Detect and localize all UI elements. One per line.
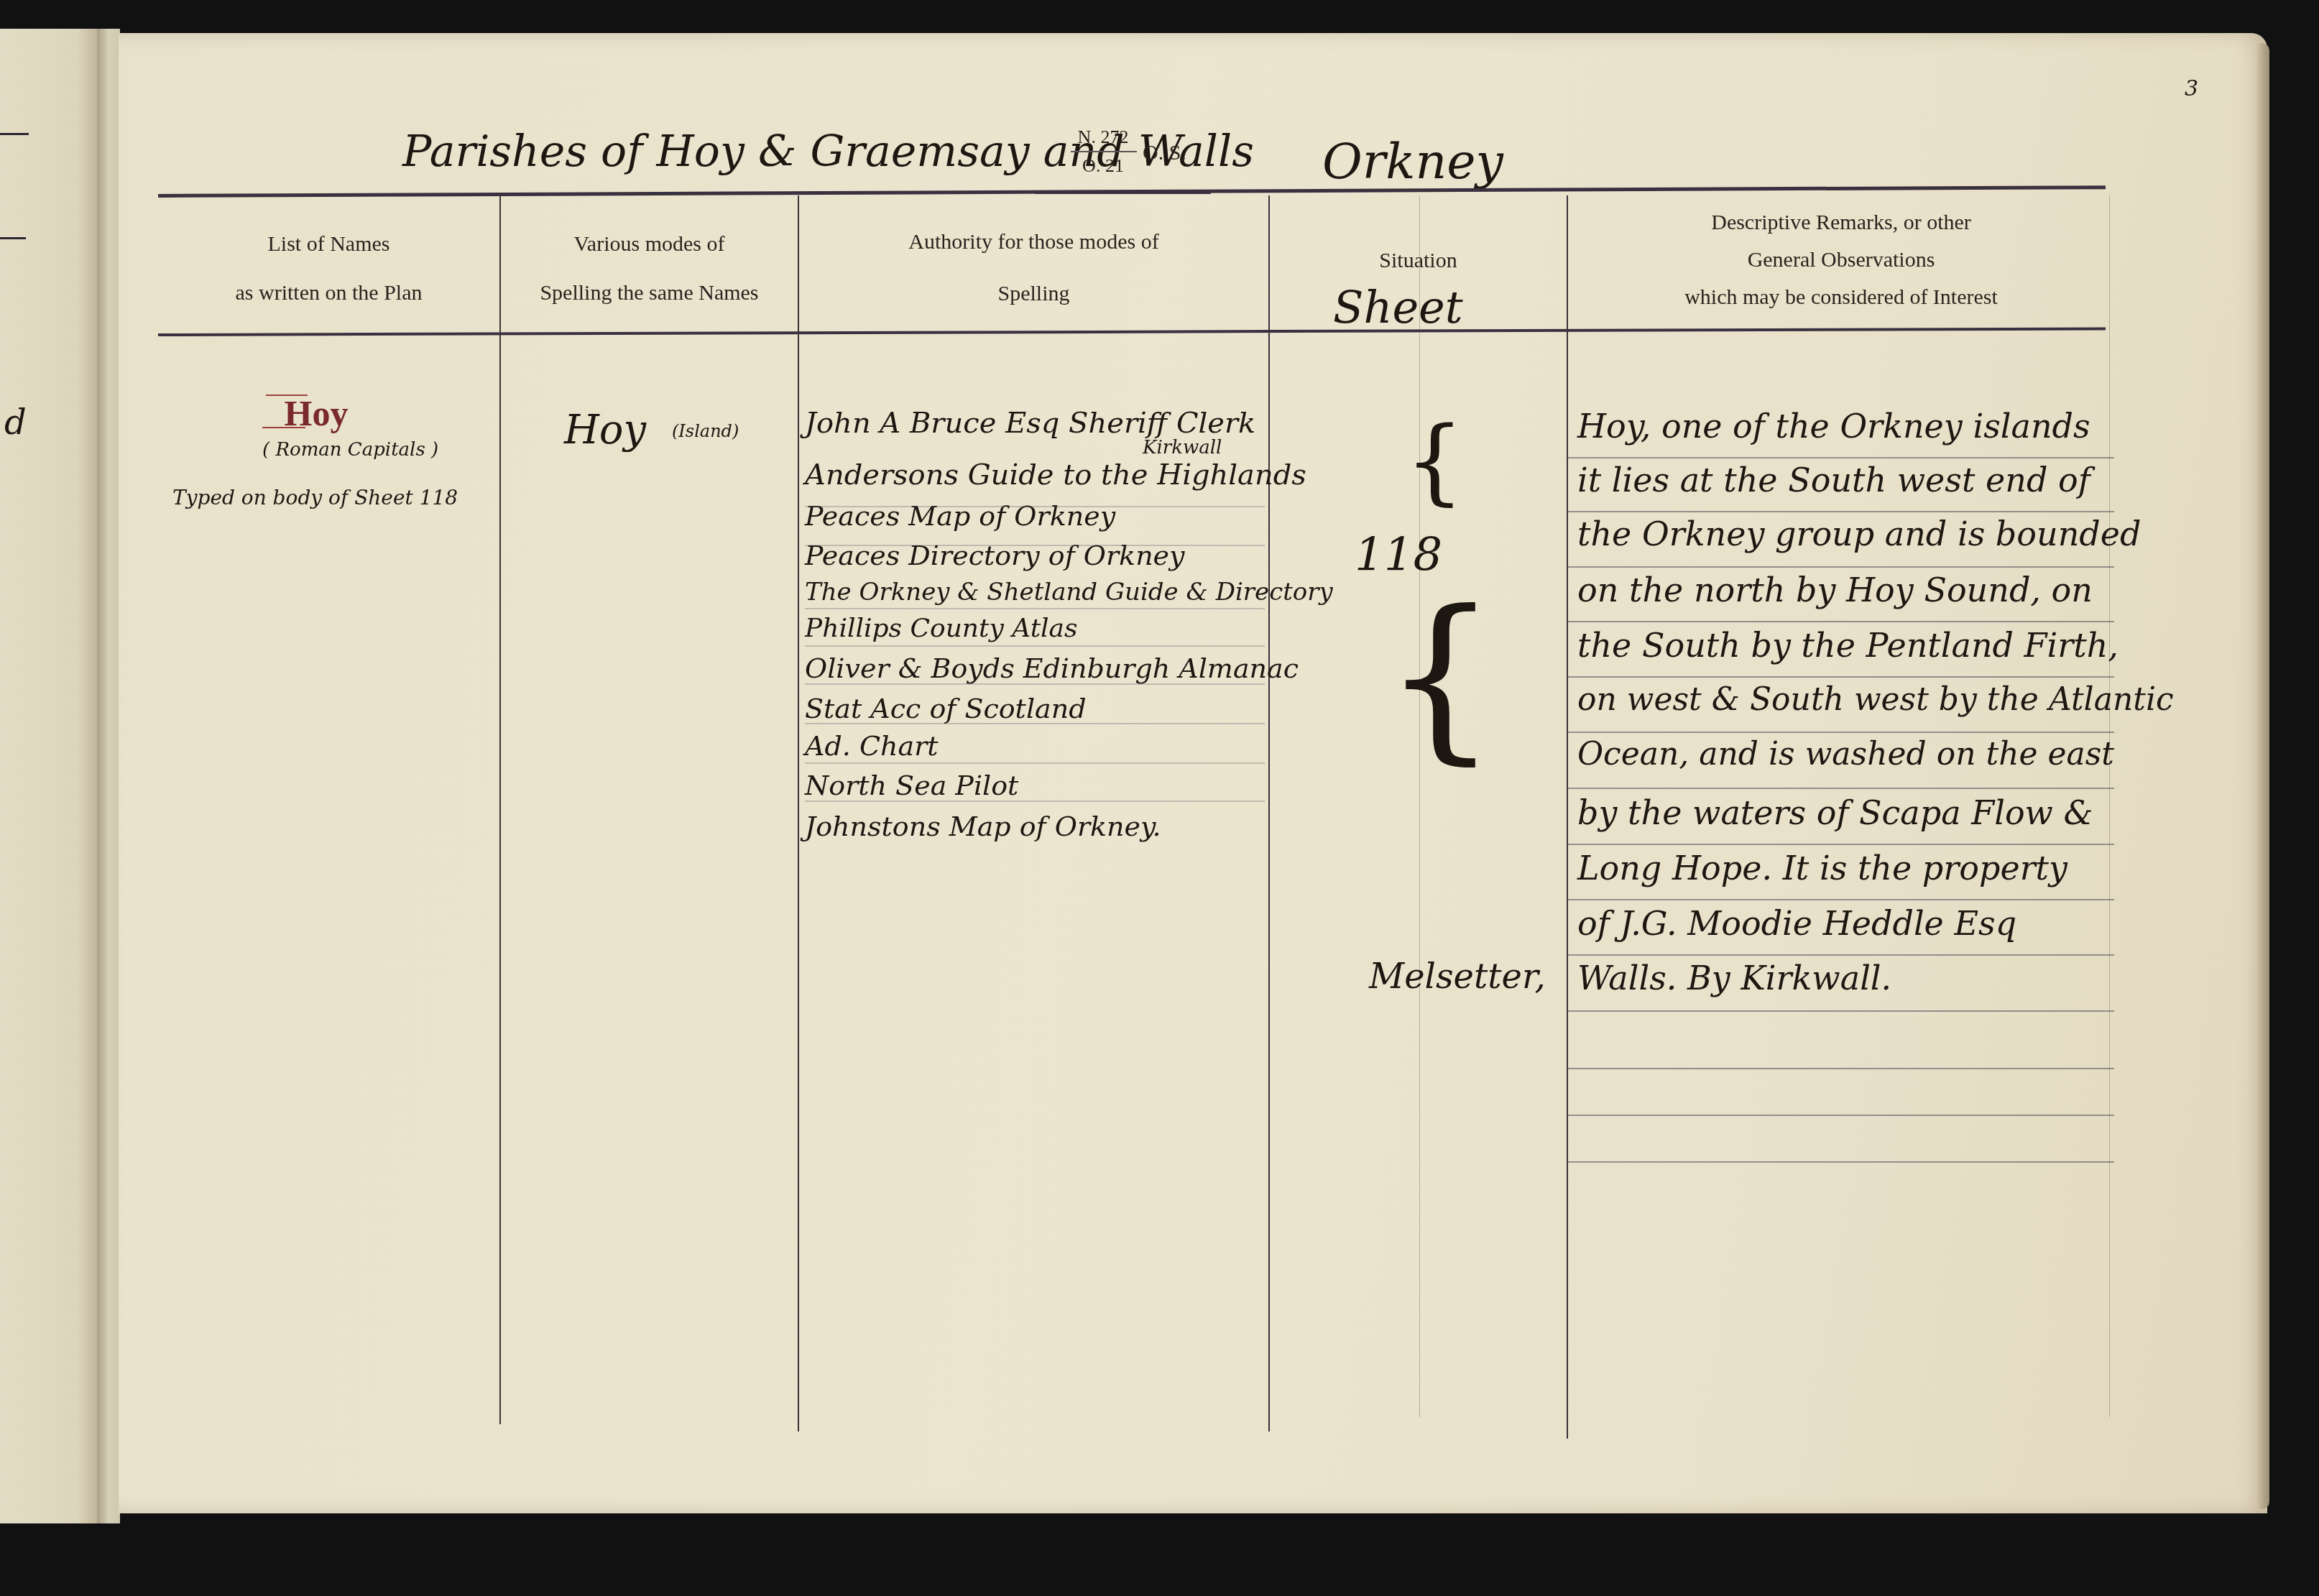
remarks-row-rule	[1568, 732, 2114, 733]
left-page-rule	[0, 133, 29, 135]
entry-name-style-note: ( Roman Capitals )	[262, 439, 438, 461]
authority-item: Ad. Chart	[805, 730, 939, 762]
ref-fraction-bar	[1071, 151, 1137, 152]
left-page-rule	[0, 237, 26, 239]
entry-variant: Hoy	[564, 407, 646, 453]
remarks-row-rule	[1568, 788, 2114, 789]
column-divider	[798, 195, 799, 1431]
col-header-names: List of Names as written on the Plan	[158, 220, 499, 318]
ref-numerator: N. 272	[1071, 126, 1135, 148]
os-label: O. S.	[1143, 141, 1186, 165]
remarks-row-rule	[1568, 954, 2114, 956]
entry-name-underline	[262, 427, 305, 428]
left-page-handwriting: d	[4, 402, 27, 443]
remarks-row-rule	[1568, 621, 2114, 622]
column-divider	[499, 195, 501, 1424]
authority-item: Peaces Map of Orkney	[805, 500, 1115, 532]
remarks-line: on the north by Hoy Sound, on	[1577, 571, 2093, 609]
remarks-row-rule	[1568, 457, 2114, 458]
remarks-line: Long Hope. It is the property	[1577, 849, 2067, 887]
col-header-sheet-handwritten: Sheet	[1333, 281, 1463, 333]
remarks-line: Walls. By Kirkwall.	[1577, 959, 1891, 997]
remarks-line: the South by the Pentland Firth,	[1577, 626, 2119, 665]
brace-upper: {	[1405, 414, 1465, 507]
remarks-row-rule	[1568, 566, 2114, 568]
col-header-remarks: Descriptive Remarks, or other General Ob…	[1568, 204, 2114, 316]
book-gutter	[97, 29, 120, 1523]
remarks-line: on west & South west by the Atlantic	[1577, 681, 2174, 718]
left-page-fragment: d	[0, 29, 97, 1523]
authority-item: North Sea Pilot	[805, 770, 1018, 801]
remarks-row-rule	[1568, 1010, 2114, 1012]
entry-typed-note: Typed on body of Sheet 118	[172, 486, 458, 509]
column-divider	[1268, 195, 1270, 1431]
remarks-line: Ocean, and is washed on the east	[1577, 736, 2114, 772]
entry-situation-place: Melsetter,	[1369, 956, 1546, 997]
entry-variant-note: (Island)	[672, 421, 739, 441]
remarks-line: by the waters of Scapa Flow &	[1577, 793, 2093, 832]
remarks-line: of J.G. Moodie Heddle Esq	[1577, 904, 2016, 943]
authority-guide-rule	[805, 506, 1265, 507]
authority-guide-rule	[805, 801, 1265, 802]
authority-guide-rule	[805, 608, 1265, 609]
authority-guide-rule	[805, 683, 1265, 685]
authority-guide-rule	[805, 545, 1265, 546]
authority-item: Phillips County Atlas	[805, 614, 1078, 643]
header-bottom-rule	[158, 327, 2106, 336]
remarks-line: Hoy, one of the Orkney islands	[1577, 407, 2090, 446]
page-edge-stack	[2256, 43, 2269, 1509]
remarks-row-rule	[1568, 511, 2114, 512]
brace-lower: {	[1383, 586, 1498, 766]
authority-guide-rule	[805, 723, 1265, 724]
authority-item: The Orkney & Shetland Guide & Directory	[805, 578, 1333, 606]
remarks-row-rule	[1568, 899, 2114, 900]
entry-name-overline	[266, 395, 308, 396]
authority-item: Stat Acc of Scotland	[805, 693, 1087, 724]
remarks-row-rule	[1568, 844, 2114, 845]
column-divider	[1567, 195, 1568, 1439]
authority-item: John A Bruce Esq Sheriff Clerk	[805, 407, 1255, 440]
authority-guide-rule	[805, 645, 1265, 647]
remarks-row-rule	[1568, 1115, 2114, 1116]
register-page: 3 Parishes of Hoy & Graemsay and Walls N…	[119, 33, 2267, 1513]
remarks-row-rule	[1568, 1068, 2114, 1069]
authority-item-sub: Kirkwall	[1143, 437, 1222, 458]
col-header-authority: Authority for those modes of Spelling	[799, 216, 1268, 320]
ref-denominator: O. 21	[1071, 155, 1135, 177]
authority-item: Oliver & Boyds Edinburgh Almanac	[805, 652, 1299, 684]
authority-guide-rule	[805, 762, 1265, 764]
column-divider-faint	[1419, 195, 1420, 1417]
remarks-line: it lies at the South west end of	[1577, 461, 2090, 499]
col-header-various-modes: Various modes of Spelling the same Names	[501, 220, 798, 318]
remarks-line: the Orkney group and is bounded	[1577, 515, 2141, 553]
col-header-situation: Situation	[1270, 249, 1567, 273]
county-title: Orkney	[1322, 134, 1503, 190]
page-number: 3	[2185, 76, 2198, 101]
authority-item: Andersons Guide to the Highlands	[805, 458, 1306, 492]
authority-item: Johnstons Map of Orkney.	[805, 811, 1161, 842]
remarks-row-rule	[1568, 1161, 2114, 1163]
column-divider-faint	[2109, 195, 2110, 1417]
remarks-row-rule	[1568, 676, 2114, 678]
header-top-rule	[158, 185, 2106, 198]
